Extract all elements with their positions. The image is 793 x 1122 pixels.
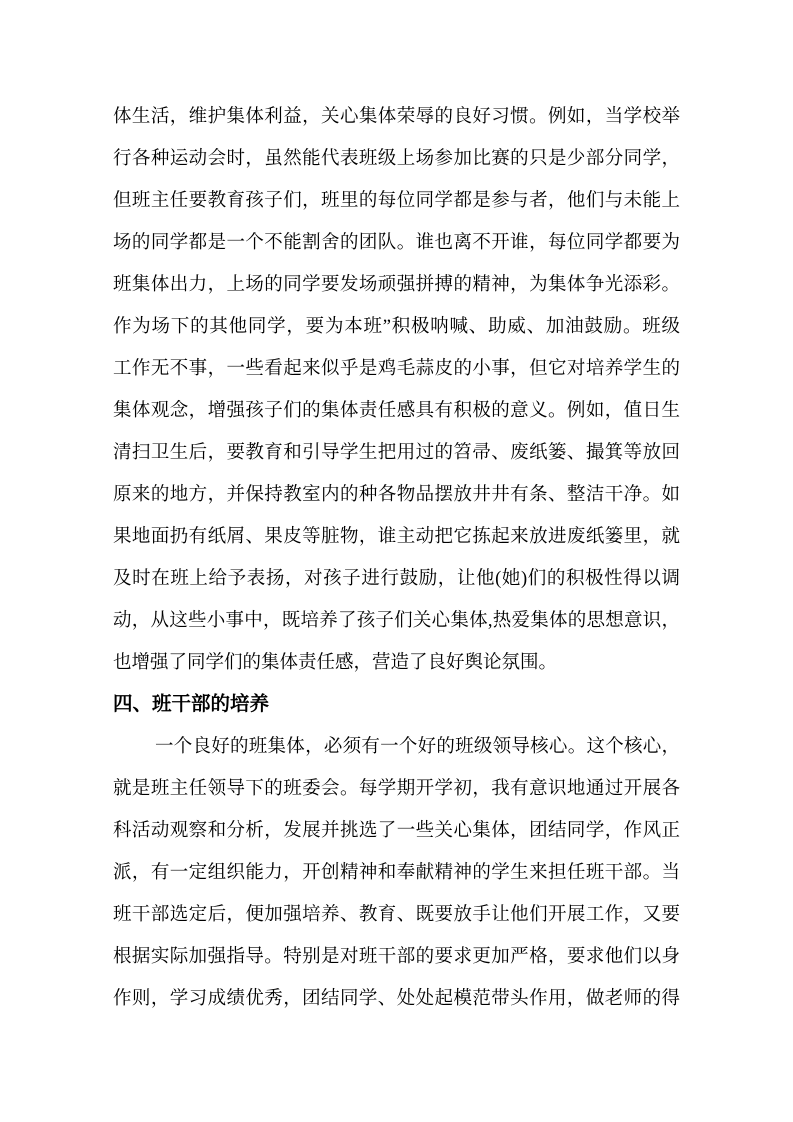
paragraph-line: 工作无不事，一些看起来似乎是鸡毛蒜皮的小事，但它对培养学生的 [113,348,680,390]
paragraph-line: 集体观念，增强孩子们的集体责任感具有积极的意义。例如，值日生 [113,390,680,432]
paragraph-line: 果地面扔有纸屑、果皮等脏物，谁主动把它拣起来放进废纸篓里，就 [113,516,680,558]
section-heading: 四、班干部的培养 [113,684,680,726]
paragraph-line: 及时在班上给予表扬，对孩子进行鼓励，让他(她)们的积极性得以调 [113,558,680,600]
paragraph-line: 根据实际加强指导。特别是对班干部的要求更加严格，要求他们以身 [113,936,680,978]
paragraph-line: 班干部选定后，便加强培养、教育、既要放手让他们开展工作，又要 [113,894,680,936]
paragraph-last-line: 也增强了同学们的集体责任感，营造了良好舆论氛围。 [113,642,680,684]
paragraph-line: 体生活，维护集体利益，关心集体荣辱的良好习惯。例如，当学校举 [113,96,680,138]
text-block: 体生活，维护集体利益，关心集体荣辱的良好习惯。例如，当学校举 行各种运动会时，虽… [113,96,680,1020]
paragraph-first-line: 一个良好的班集体，必须有一个好的班级领导核心。这个核心， [113,726,680,768]
paragraph-line: 但班主任要教育孩子们，班里的每位同学都是参与者，他们与未能上 [113,180,680,222]
paragraph-line: 就是班主任领导下的班委会。每学期开学初，我有意识地通过开展各 [113,768,680,810]
document-page: 体生活，维护集体利益，关心集体荣辱的良好习惯。例如，当学校举 行各种运动会时，虽… [0,0,793,1122]
paragraph-line: 作为场下的其他同学，要为本班”积极呐喊、助威、加油鼓励。班级 [113,306,680,348]
paragraph-line: 动，从这些小事中，既培养了孩子们关心集体,热爱集体的思想意识， [113,600,680,642]
paragraph-line: 班集体出力，上场的同学要发场顽强拼搏的精神，为集体争光添彩。 [113,264,680,306]
paragraph-line: 作则，学习成绩优秀，团结同学、处处起模范带头作用，做老师的得 [113,978,680,1020]
paragraph-line: 派，有一定组织能力，开创精神和奉献精神的学生来担任班干部。当 [113,852,680,894]
paragraph-line: 科活动观察和分析，发展并挑选了一些关心集体，团结同学，作风正 [113,810,680,852]
paragraph-line: 清扫卫生后，要教育和引导学生把用过的笤帚、废纸篓、撮箕等放回 [113,432,680,474]
paragraph-line: 行各种运动会时，虽然能代表班级上场参加比赛的只是少部分同学， [113,138,680,180]
paragraph-line: 场的同学都是一个不能割舍的团队。谁也离不开谁，每位同学都要为 [113,222,680,264]
paragraph-line: 原来的地方，并保持教室内的种各物品摆放井井有条、整洁干净。如 [113,474,680,516]
